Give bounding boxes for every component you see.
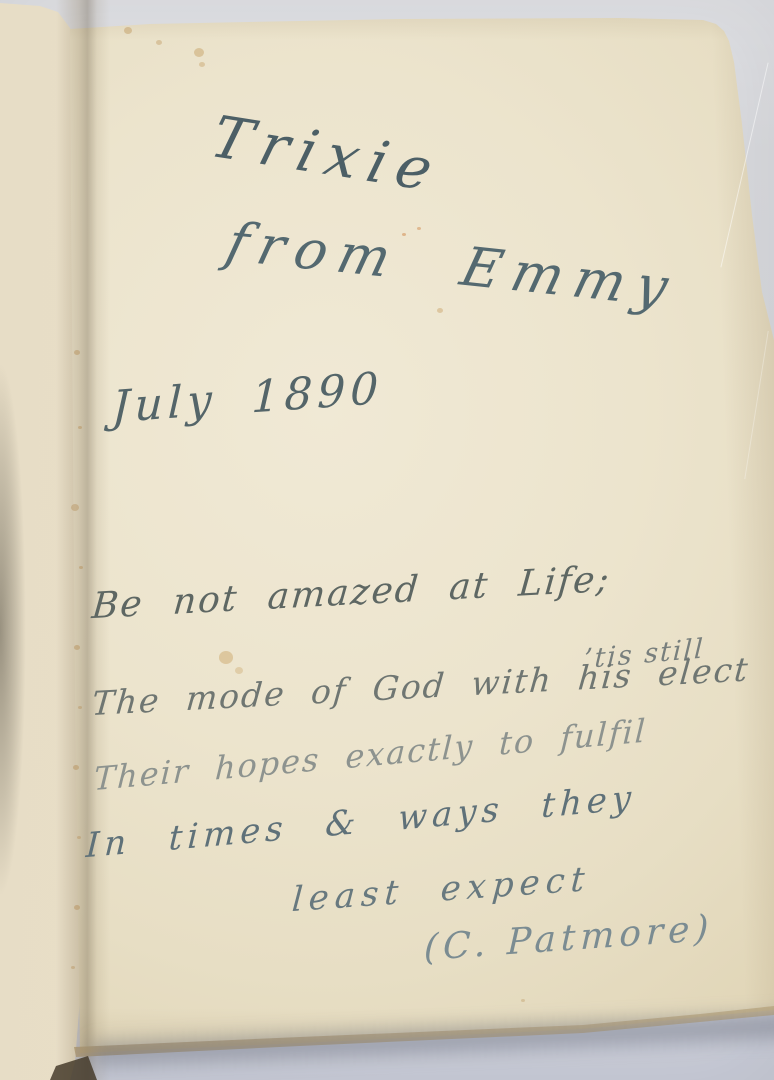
book-gutter-shadow xyxy=(56,0,110,1080)
left-page-edge-shadow xyxy=(0,260,36,1000)
photo-of-book-inscription-page: Trixie from Emmy July 1890 Be not amazed… xyxy=(0,0,774,1080)
foxing-spots xyxy=(0,0,6,5)
